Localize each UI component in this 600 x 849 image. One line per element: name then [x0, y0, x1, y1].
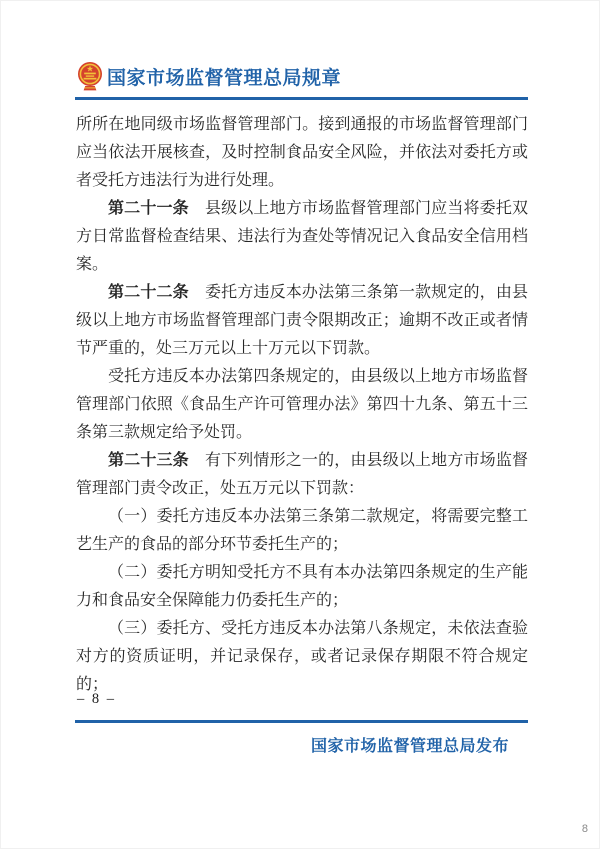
paragraph: （一）委托方违反本办法第三条第二款规定，将需要完整工艺生产的食品的部分环节委托生… — [76, 503, 528, 559]
document-header: 国家市场监督管理总局规章 — [77, 59, 341, 93]
paragraph: 第二十三条 有下列情形之一的，由县级以上地方市场监督管理部门责令改正，处五万元以… — [76, 447, 528, 503]
document-page: 国家市场监督管理总局规章 所所在地同级市场监督管理部门。接到通报的市场监督管理部… — [0, 0, 600, 849]
article-number: 第二十二条 — [108, 284, 189, 301]
footer-divider — [75, 720, 528, 723]
article-number: 第二十一条 — [108, 200, 189, 217]
viewer-page-indicator: 8 — [582, 823, 588, 835]
paragraph: 所所在地同级市场监督管理部门。接到通报的市场监督管理部门应当依法开展核查，及时控… — [76, 111, 528, 195]
paragraph: 第二十二条 委托方违反本办法第三条第一款规定的，由县级以上地方市场监督管理部门责… — [76, 279, 528, 363]
paragraph: 第二十一条 县级以上地方市场监督管理部门应当将委托双方日常监督检查结果、违法行为… — [76, 195, 528, 279]
publisher-label: 国家市场监督管理总局发布 — [311, 733, 509, 756]
national-emblem-icon — [77, 61, 103, 91]
page-number-label: – 8 – — [77, 691, 116, 708]
paragraph: （三）委托方、受托方违反本办法第八条规定，未依法查验对方的资质证明，并记录保存，… — [76, 615, 528, 699]
header-divider — [75, 97, 528, 100]
document-body: 所所在地同级市场监督管理部门。接到通报的市场监督管理部门应当依法开展核查，及时控… — [76, 111, 528, 699]
paragraph: 受托方违反本办法第四条规定的，由县级以上地方市场监督管理部门依照《食品生产许可管… — [76, 363, 528, 447]
header-title: 国家市场监督管理总局规章 — [107, 63, 341, 90]
paragraph: （二）委托方明知受托方不具有本办法第四条规定的生产能力和食品安全保障能力仍委托生… — [76, 559, 528, 615]
article-number: 第二十三条 — [108, 452, 189, 469]
